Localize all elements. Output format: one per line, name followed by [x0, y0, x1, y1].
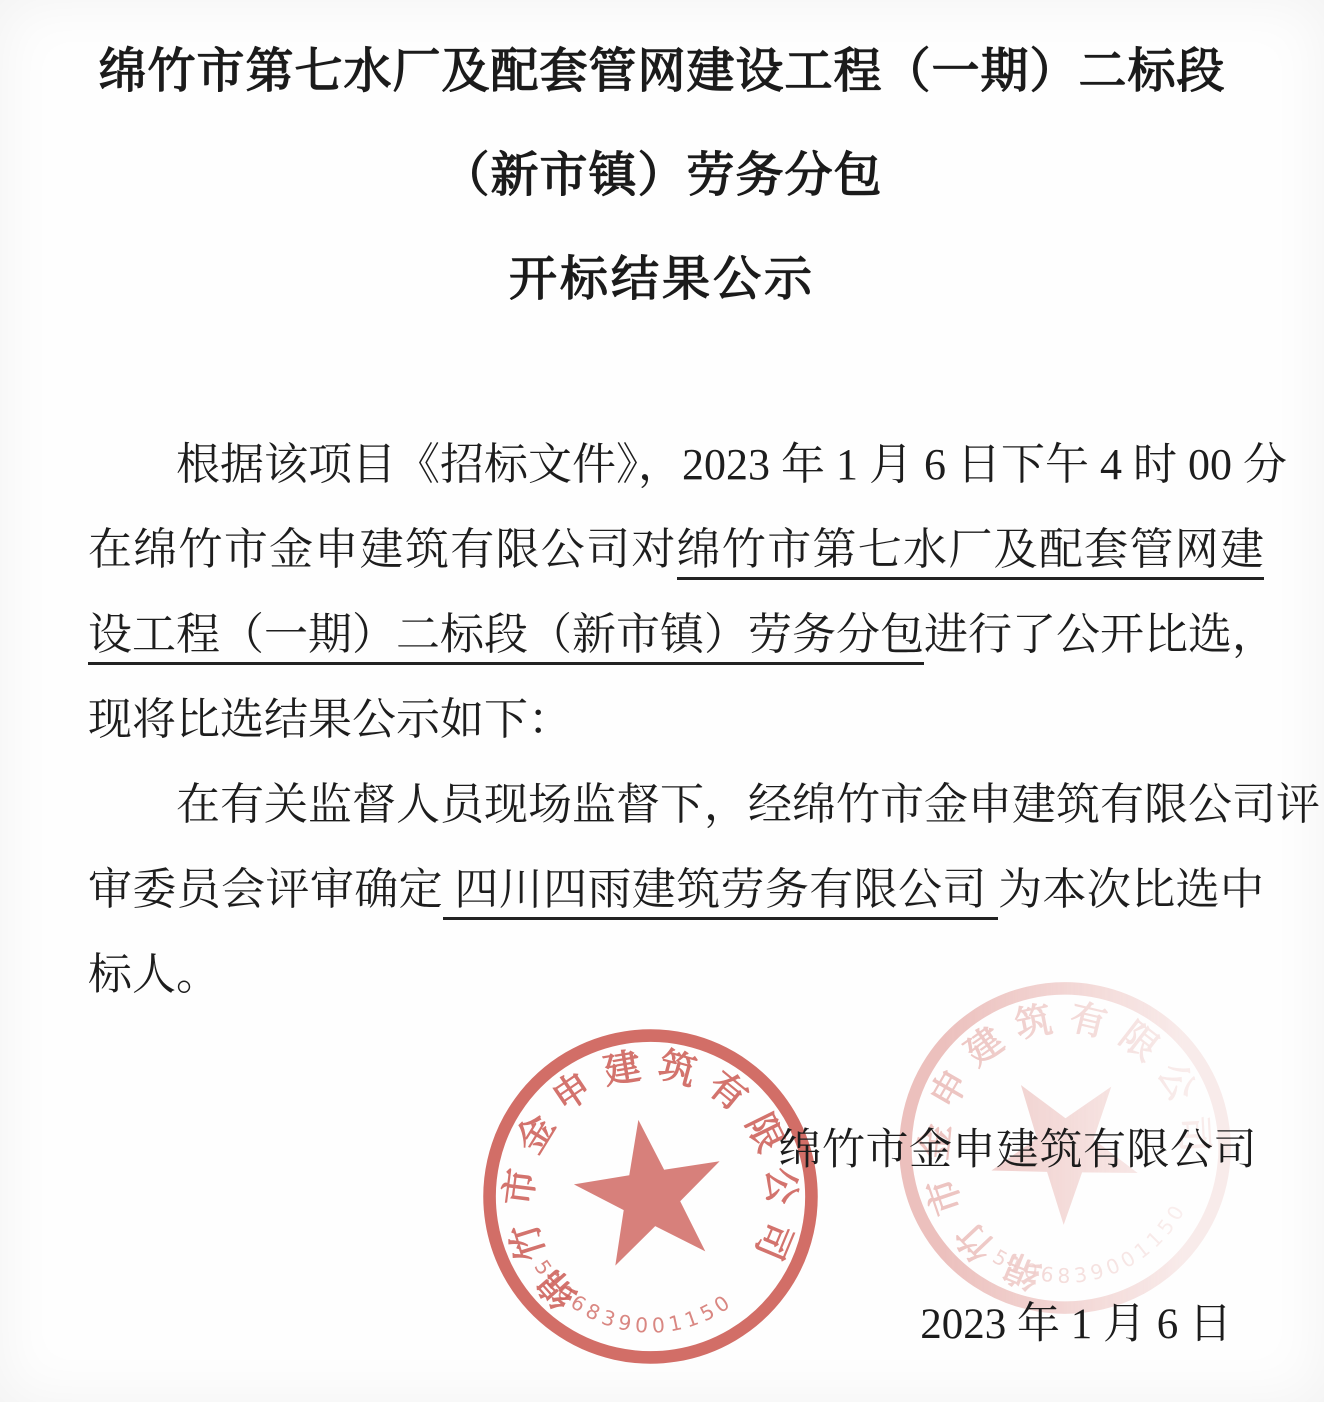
- document-title-line1: 绵竹市第七水厂及配套管网建设工程（一期）二标段: [0, 32, 1324, 101]
- body-text-run-underlined: 四川四雨建筑劳务有限公司: [443, 865, 998, 920]
- body-text-run-underlined: 绵竹市第七水厂及配套管网建: [677, 525, 1264, 580]
- document-title-line2: （新市镇）劳务分包: [0, 136, 1324, 205]
- document-subtitle: 开标结果公示: [0, 240, 1324, 309]
- body-text-run: 进行了公开比选，: [924, 610, 1276, 659]
- signature-date: 2023 年 1 月 6 日: [920, 1290, 1232, 1351]
- body-line: 在绵竹市金申建筑有限公司对绵竹市第七水厂及配套管网建: [88, 507, 1264, 592]
- body-text-run: 根据该项目《招标文件》，2023 年 1 月 6 日下午 4 时 00 分: [176, 440, 1287, 489]
- body-line: 现将比选结果公示如下：: [88, 677, 1264, 762]
- body-line: 审委员会评审确定 四川四雨建筑劳务有限公司 为本次比选中: [88, 847, 1264, 932]
- body-text-run-underlined: 设工程（一期）二标段（新市镇）劳务分包: [88, 610, 924, 665]
- document-page: 绵竹市金申建筑有限公司 5106839001150 绵竹市金申建筑有限公司 51…: [0, 0, 1324, 1402]
- seal-number-arc-text: 5106839001150: [528, 1228, 741, 1357]
- star-icon: [566, 1108, 734, 1270]
- body-text-run: 为本次比选中: [998, 865, 1264, 914]
- signature-company: 绵竹市金申建筑有限公司: [779, 1116, 1258, 1177]
- body-text-run: 在有关监督人员现场监督下，经绵竹市金申建筑有限公司评: [176, 780, 1320, 829]
- body-text-run: 现将比选结果公示如下：: [88, 695, 572, 744]
- body-text-run: 标人。: [88, 950, 220, 999]
- body-line: 在有关监督人员现场监督下，经绵竹市金申建筑有限公司评: [88, 762, 1264, 847]
- company-seal-left: 绵竹市金申建筑有限公司 5106839001150: [451, 997, 850, 1396]
- body-text-run: 在绵竹市金申建筑有限公司对: [88, 525, 677, 574]
- body-line: 设工程（一期）二标段（新市镇）劳务分包进行了公开比选，: [88, 592, 1264, 677]
- body-line: 根据该项目《招标文件》，2023 年 1 月 6 日下午 4 时 00 分: [88, 422, 1264, 507]
- body-text-run: 审委员会评审确定: [88, 865, 443, 914]
